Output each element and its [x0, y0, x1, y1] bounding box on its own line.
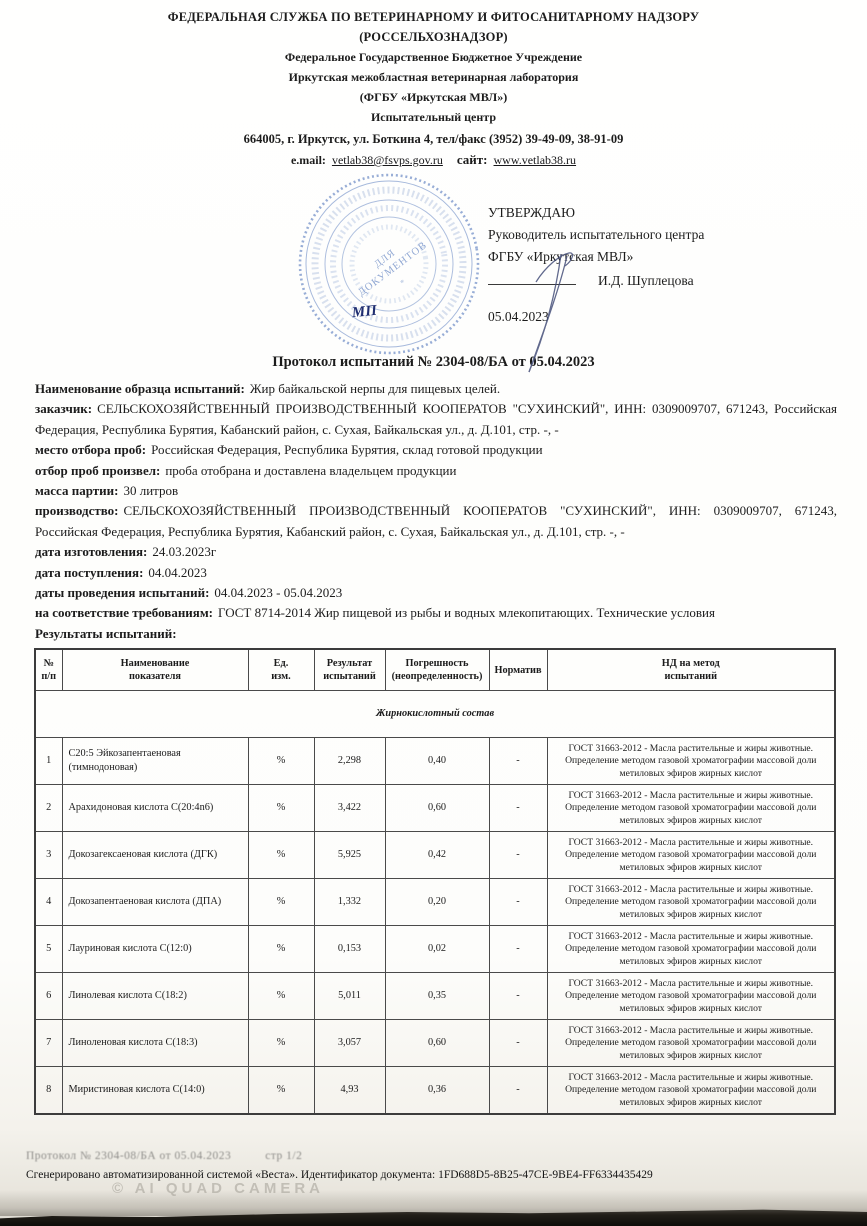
laboratory-name: Иркутская межобластная ветеринарная лабо…	[0, 67, 867, 87]
cell-num: 8	[35, 1067, 62, 1115]
field-sample-name: Наименование образца испытаний:Жир байка…	[35, 379, 837, 399]
field-value: 04.04.2023 - 05.04.2023	[214, 585, 342, 600]
field-value: 24.03.2023г	[152, 544, 216, 559]
laboratory-short-name: (ФГБУ «Иркутская МВЛ»)	[0, 87, 867, 107]
cell-num: 1	[35, 738, 62, 785]
cell-unit: %	[248, 973, 314, 1020]
approval-role: Руководитель испытательного центра	[488, 224, 704, 246]
cell-unit: %	[248, 738, 314, 785]
signer-name: И.Д. Шуплецова	[598, 273, 694, 288]
cell-method: ГОСТ 31663-2012 - Масла растительные и ж…	[547, 832, 835, 879]
field-sampled-by: отбор проб произвел:проба отобрана и дос…	[35, 461, 837, 481]
field-value: Российская Федерация, Республика Бурятия…	[151, 442, 543, 457]
table-row: 8Миристиновая кислота C(14:0)%4,930,36-Г…	[35, 1067, 835, 1115]
field-label: отбор проб произвел:	[35, 463, 160, 478]
field-testing-dates: даты проведения испытаний:04.04.2023 - 0…	[35, 583, 837, 603]
field-value: проба отобрана и доставлена владельцем п…	[165, 463, 456, 478]
table-header-row: № п/п Наименование показателя Ед. изм. Р…	[35, 649, 835, 691]
stamp-center-text-2: ДОКУМЕНТОВ	[356, 240, 429, 299]
cell-result: 0,153	[314, 926, 385, 973]
cell-norm: -	[489, 926, 547, 973]
institution-type: Федеральное Государственное Бюджетное Уч…	[0, 47, 867, 67]
cell-error: 0,20	[385, 879, 489, 926]
cell-norm: -	[489, 738, 547, 785]
cell-unit: %	[248, 785, 314, 832]
field-label: даты проведения испытаний:	[35, 585, 209, 600]
cell-result: 3,422	[314, 785, 385, 832]
field-label: на соответствие требованиям:	[35, 605, 213, 620]
cell-error: 0,60	[385, 785, 489, 832]
table-row: 6Линолевая кислота C(18:2)%5,0110,35-ГОС…	[35, 973, 835, 1020]
cell-result: 4,93	[314, 1067, 385, 1115]
field-customer: заказчик:СЕЛЬСКОХОЗЯЙСТВЕННЫЙ ПРОИЗВОДСТ…	[35, 399, 837, 440]
table-row: 7Линоленовая кислота C(18:3)%3,0570,60-Г…	[35, 1020, 835, 1067]
table-row: 5Лауриновая кислота C(12:0)%0,1530,02-ГО…	[35, 926, 835, 973]
approval-date: 05.04.2023	[488, 306, 704, 328]
cell-norm: -	[489, 832, 547, 879]
cell-name: Линоленовая кислота C(18:3)	[62, 1020, 248, 1067]
approval-block: УТВЕРЖДАЮ Руководитель испытательного це…	[488, 202, 704, 328]
field-producer: производство:СЕЛЬСКОХОЗЯЙСТВЕННЫЙ ПРОИЗВ…	[35, 501, 837, 542]
cell-method: ГОСТ 31663-2012 - Масла растительные и ж…	[547, 1020, 835, 1067]
cell-error: 0,35	[385, 973, 489, 1020]
field-value: 30 литров	[123, 483, 178, 498]
round-stamp-icon: ДЛЯ ДОКУМЕНТОВ *	[280, 155, 498, 373]
field-label: масса партии:	[35, 483, 118, 498]
col-header-result: Результат испытаний	[314, 649, 385, 691]
cell-result: 2,298	[314, 738, 385, 785]
section-title: Жирнокислотный состав	[35, 691, 835, 738]
signature-line	[488, 270, 576, 285]
cell-error: 0,36	[385, 1067, 489, 1115]
table-row: 3Докозагексаеновая кислота (ДГК)%5,9250,…	[35, 832, 835, 879]
testing-center-label: Испытательный центр	[0, 107, 867, 127]
cell-method: ГОСТ 31663-2012 - Масла растительные и ж…	[547, 973, 835, 1020]
field-sampling-place: место отбора проб:Российская Федерация, …	[35, 440, 837, 460]
section-row: Жирнокислотный состав	[35, 691, 835, 738]
field-label: место отбора проб:	[35, 442, 146, 457]
cell-num: 2	[35, 785, 62, 832]
field-value: СЕЛЬСКОХОЗЯЙСТВЕННЫЙ ПРОИЗВОДСТВЕННЫЙ КО…	[35, 401, 837, 436]
cell-result: 1,332	[314, 879, 385, 926]
footer-protocol-ref: Протокол № 2304-08/БА от 05.04.2023	[26, 1150, 231, 1162]
stamp-star: *	[398, 277, 408, 288]
col-header-num: № п/п	[35, 649, 62, 691]
approval-zone: ДЛЯ ДОКУМЕНТОВ * МП УТВЕРЖДАЮ Руководите…	[0, 170, 867, 352]
cell-name: Арахидоновая кислота C(20:4n6)	[62, 785, 248, 832]
cell-method: ГОСТ 31663-2012 - Масла растительные и ж…	[547, 785, 835, 832]
cell-norm: -	[489, 1067, 547, 1115]
field-label: Наименование образца испытаний:	[35, 381, 245, 396]
field-value: 04.04.2023	[148, 565, 207, 580]
cell-num: 6	[35, 973, 62, 1020]
table-row: 1C20:5 Эйкозапентаеновая (тимнодоновая)%…	[35, 738, 835, 785]
cell-unit: %	[248, 1020, 314, 1067]
cell-method: ГОСТ 31663-2012 - Масла растительные и ж…	[547, 1067, 835, 1115]
letterhead: ФЕДЕРАЛЬНАЯ СЛУЖБА ПО ВЕТЕРИНАРНОМУ И ФИ…	[0, 0, 867, 170]
cell-result: 5,011	[314, 973, 385, 1020]
field-value: СЕЛЬСКОХОЗЯЙСТВЕННЫЙ ПРОИЗВОДСТВЕННЫЙ КО…	[35, 503, 837, 538]
cell-unit: %	[248, 926, 314, 973]
cell-norm: -	[489, 785, 547, 832]
table-row: 2Арахидоновая кислота C(20:4n6)%3,4220,6…	[35, 785, 835, 832]
col-header-norm: Норматив	[489, 649, 547, 691]
cell-name: Лауриновая кислота C(12:0)	[62, 926, 248, 973]
field-label: дата поступления:	[35, 565, 143, 580]
footer-protocol-ref-line: Протокол № 2304-08/БА от 05.04.2023стр 1…	[26, 1150, 302, 1162]
field-value: ГОСТ 8714-2014 Жир пищевой из рыбы и вод…	[218, 605, 715, 620]
field-production-date: дата изготовления:24.03.2023г	[35, 542, 837, 562]
field-label: дата изготовления:	[35, 544, 147, 559]
cell-norm: -	[489, 1020, 547, 1067]
field-batch-mass: масса партии:30 литров	[35, 481, 837, 501]
field-label: заказчик:	[35, 401, 92, 416]
cell-error: 0,42	[385, 832, 489, 879]
email-label: e.mail:	[291, 153, 326, 167]
cell-name: Докозагексаеновая кислота (ДГК)	[62, 832, 248, 879]
site-link[interactable]: www.vetlab38.ru	[494, 153, 577, 167]
cell-method: ГОСТ 31663-2012 - Масла растительные и ж…	[547, 879, 835, 926]
cell-num: 7	[35, 1020, 62, 1067]
cell-name: Миристиновая кислота C(14:0)	[62, 1067, 248, 1115]
cell-num: 3	[35, 832, 62, 879]
cell-method: ГОСТ 31663-2012 - Масла растительные и ж…	[547, 738, 835, 785]
cell-error: 0,02	[385, 926, 489, 973]
field-receipt-date: дата поступления:04.04.2023	[35, 563, 837, 583]
agency-name: ФЕДЕРАЛЬНАЯ СЛУЖБА ПО ВЕТЕРИНАРНОМУ И ФИ…	[0, 7, 867, 27]
cell-name: C20:5 Эйкозапентаеновая (тимнодоновая)	[62, 738, 248, 785]
cell-name: Докозапентаеновая кислота (ДПА)	[62, 879, 248, 926]
cell-num: 4	[35, 879, 62, 926]
footer-page-ref: стр 1/2	[265, 1150, 302, 1162]
approval-title: УТВЕРЖДАЮ	[488, 202, 704, 224]
cell-result: 5,925	[314, 832, 385, 879]
cell-error: 0,40	[385, 738, 489, 785]
col-header-error: Погрешность (неопределенность)	[385, 649, 489, 691]
cell-norm: -	[489, 879, 547, 926]
table-row: 4Докозапентаеновая кислота (ДПА)%1,3320,…	[35, 879, 835, 926]
field-label: производство:	[35, 503, 118, 518]
cell-name: Линолевая кислота C(18:2)	[62, 973, 248, 1020]
results-table-body: Жирнокислотный состав 1C20:5 Эйкозапента…	[35, 691, 835, 1115]
cell-num: 5	[35, 926, 62, 973]
results-heading: Результаты испытаний:	[35, 624, 837, 644]
col-header-unit: Ед. изм.	[248, 649, 314, 691]
cell-norm: -	[489, 973, 547, 1020]
sample-info-fields: Наименование образца испытаний:Жир байка…	[35, 379, 837, 644]
cell-unit: %	[248, 832, 314, 879]
address-phone-line: 664005, г. Иркутск, ул. Боткина 4, тел/ф…	[0, 129, 867, 149]
protocol-document-page: ФЕДЕРАЛЬНАЯ СЛУЖБА ПО ВЕТЕРИНАРНОМУ И ФИ…	[0, 0, 867, 1226]
cell-error: 0,60	[385, 1020, 489, 1067]
signature-row: И.Д. Шуплецова	[488, 270, 704, 292]
col-header-name: Наименование показателя	[62, 649, 248, 691]
mp-handwritten-mark: МП	[351, 303, 378, 323]
field-value: Жир байкальской нерпы для пищевых целей.	[250, 381, 500, 396]
agency-short-name: (РОССЕЛЬХОЗНАДЗОР)	[0, 27, 867, 47]
results-table: № п/п Наименование показателя Ед. изм. Р…	[34, 648, 836, 1115]
cell-unit: %	[248, 1067, 314, 1115]
col-header-method: НД на метод испытаний	[547, 649, 835, 691]
cell-unit: %	[248, 879, 314, 926]
cell-result: 3,057	[314, 1020, 385, 1067]
approval-org: ФГБУ «Иркутская МВЛ»	[488, 246, 704, 268]
field-compliance-standard: на соответствие требованиям:ГОСТ 8714-20…	[35, 603, 837, 623]
page-title: Протокол испытаний № 2304-08/БА от 05.04…	[0, 354, 867, 371]
cell-method: ГОСТ 31663-2012 - Масла растительные и ж…	[547, 926, 835, 973]
